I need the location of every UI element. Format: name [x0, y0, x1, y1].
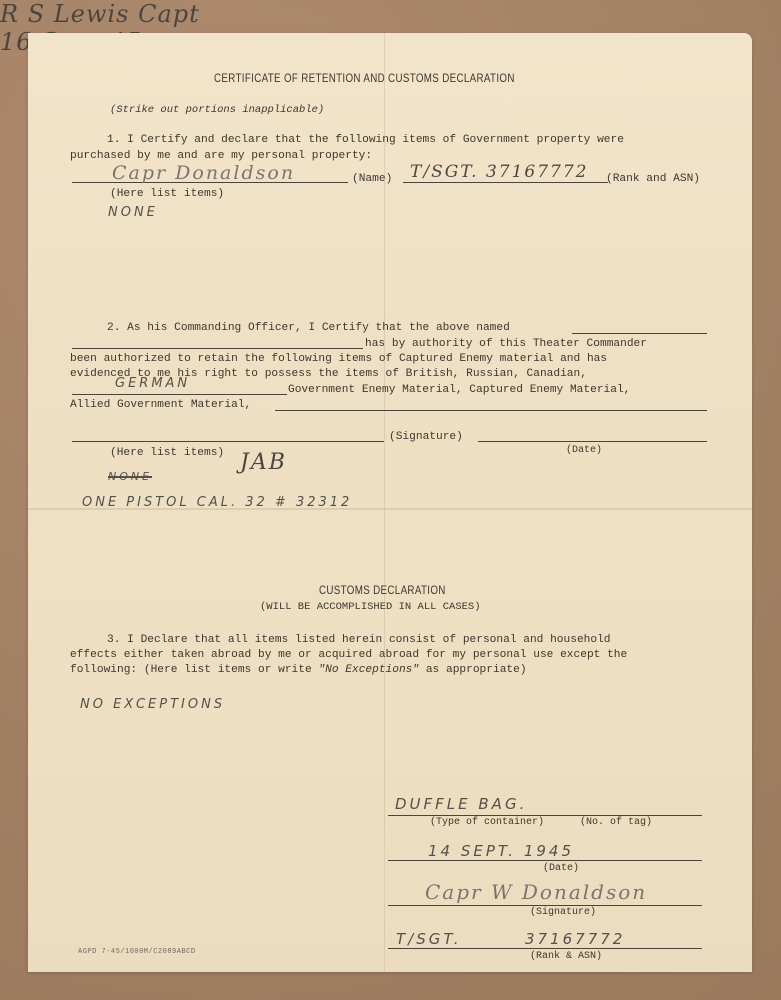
- co-date-label: (Date): [566, 444, 602, 458]
- instruction-text: (Strike out portions inapplicable): [110, 103, 324, 117]
- exceptions-handwritten: NO EXCEPTIONS: [80, 697, 225, 712]
- customs-line2: effects either taken abroad by me or acq…: [70, 648, 627, 662]
- container-label: (Type of container): [430, 816, 544, 830]
- section2-line3: been authorized to retain the following …: [70, 352, 607, 366]
- section2-items-handwritten: ONE PISTOL CAL. 32 # 32312: [82, 495, 352, 510]
- nationality-handwritten: GERMAN: [115, 376, 190, 391]
- nationality-field-line: [72, 394, 287, 395]
- customs-signature-handwritten: Capr W Donaldson: [425, 880, 647, 904]
- co-signature-line: [72, 441, 384, 442]
- customs-line3: following: (Here list items or write "No…: [70, 663, 527, 677]
- customs-asn-handwritten: 37167772: [525, 930, 625, 948]
- container-handwritten: DUFFLE BAG.: [395, 795, 527, 813]
- rank-label: (Rank and ASN): [606, 172, 700, 186]
- form-code: AGPD 7-45/1000M/C2089ABCD: [78, 948, 196, 956]
- customs-line1: 3. I Declare that all items listed herei…: [107, 633, 611, 647]
- co-signature-handwritten: R S Lewis Capt: [0, 0, 781, 28]
- customs-heading: CUSTOMS DECLARATION: [319, 584, 446, 598]
- section1-items-handwritten: NONE: [108, 205, 158, 220]
- name-handwritten: Capr Donaldson: [112, 162, 295, 184]
- rank-handwritten: T/SGT. 37167772: [410, 162, 588, 182]
- customs-date-line: [388, 860, 702, 861]
- section2-line5: Government Enemy Material, Captured Enem…: [288, 383, 630, 397]
- struck-none-text: NONE: [108, 470, 152, 483]
- customs-date-handwritten: 14 SEPT. 1945: [428, 842, 574, 860]
- name-label: (Name): [352, 172, 392, 186]
- section2-line2: has by authority of this Theater Command…: [365, 337, 647, 351]
- co-date-line: [478, 441, 707, 442]
- section2-items-label: (Here list items): [110, 446, 224, 460]
- tag-number-label: (No. of tag): [580, 816, 652, 830]
- customs-date-label: (Date): [543, 862, 579, 876]
- section1-line1: 1. I Certify and declare that the follow…: [107, 133, 624, 147]
- document-title: CERTIFICATE OF RETENTION AND CUSTOMS DEC…: [214, 72, 515, 86]
- initials-handwritten: JAB: [240, 450, 287, 475]
- co-signature-label: (Signature): [389, 430, 463, 444]
- customs-subheading: (WILL BE ACCOMPLISHED IN ALL CASES): [260, 600, 481, 614]
- section2-line6: Allied Government Material,: [70, 398, 251, 412]
- section1-items-label: (Here list items): [110, 187, 224, 201]
- allied-field-line: [275, 410, 707, 411]
- customs-signature-label: (Signature): [530, 906, 596, 920]
- named-field-line-a: [572, 333, 707, 334]
- rank-field-line: [403, 182, 608, 183]
- section2-line1: 2. As his Commanding Officer, I Certify …: [107, 321, 510, 335]
- customs-rank-line: [388, 948, 702, 949]
- named-field-line-b: [72, 348, 363, 349]
- section1-line2: purchased by me and are my personal prop…: [70, 149, 372, 163]
- customs-rank-handwritten: T/SGT.: [396, 930, 462, 948]
- customs-rank-label: (Rank & ASN): [530, 950, 602, 964]
